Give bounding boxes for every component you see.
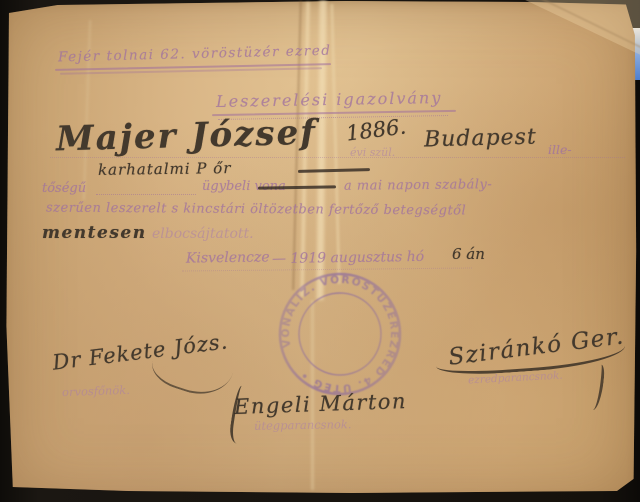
released-word: mentesen (42, 223, 147, 243)
document-title: Leszerelési igazolvány (216, 88, 443, 111)
signature-doctor-role: orvosfőnök. (62, 383, 130, 399)
date-day: 6 án (452, 245, 485, 263)
scanned-document-photo: Fejér tolnai 62. vöröstüzér ezred Leszer… (0, 0, 640, 502)
rank-insert: karhatalmi P őr (98, 159, 232, 179)
person-name: Majer József (56, 113, 318, 160)
form-rule (96, 193, 196, 195)
signature-commander-role: ütegparancsnok. (254, 417, 352, 433)
stamp-ring-text: VONALIZ. VÖRÖSTÜZÉREZRED 4. ÜTEG • (264, 257, 416, 411)
released-pencil: elbocsájtatott. (152, 226, 254, 242)
form-right: a mai napon szabály- (344, 177, 492, 194)
city-suffix: ille- (548, 142, 572, 157)
svg-text:VONALIZ. VÖRÖSTÜZÉREZRED 4. ÜT: VONALIZ. VÖRÖSTÜZÉREZRED 4. ÜTEG • (264, 257, 416, 411)
form-line2: szerűen leszerelt s kincstári öltözetben… (46, 201, 466, 219)
date-place: Kisvelencze (186, 249, 270, 266)
form-rule (50, 156, 625, 158)
form-left: tőségű (42, 181, 86, 196)
city: Budapest (424, 125, 537, 153)
